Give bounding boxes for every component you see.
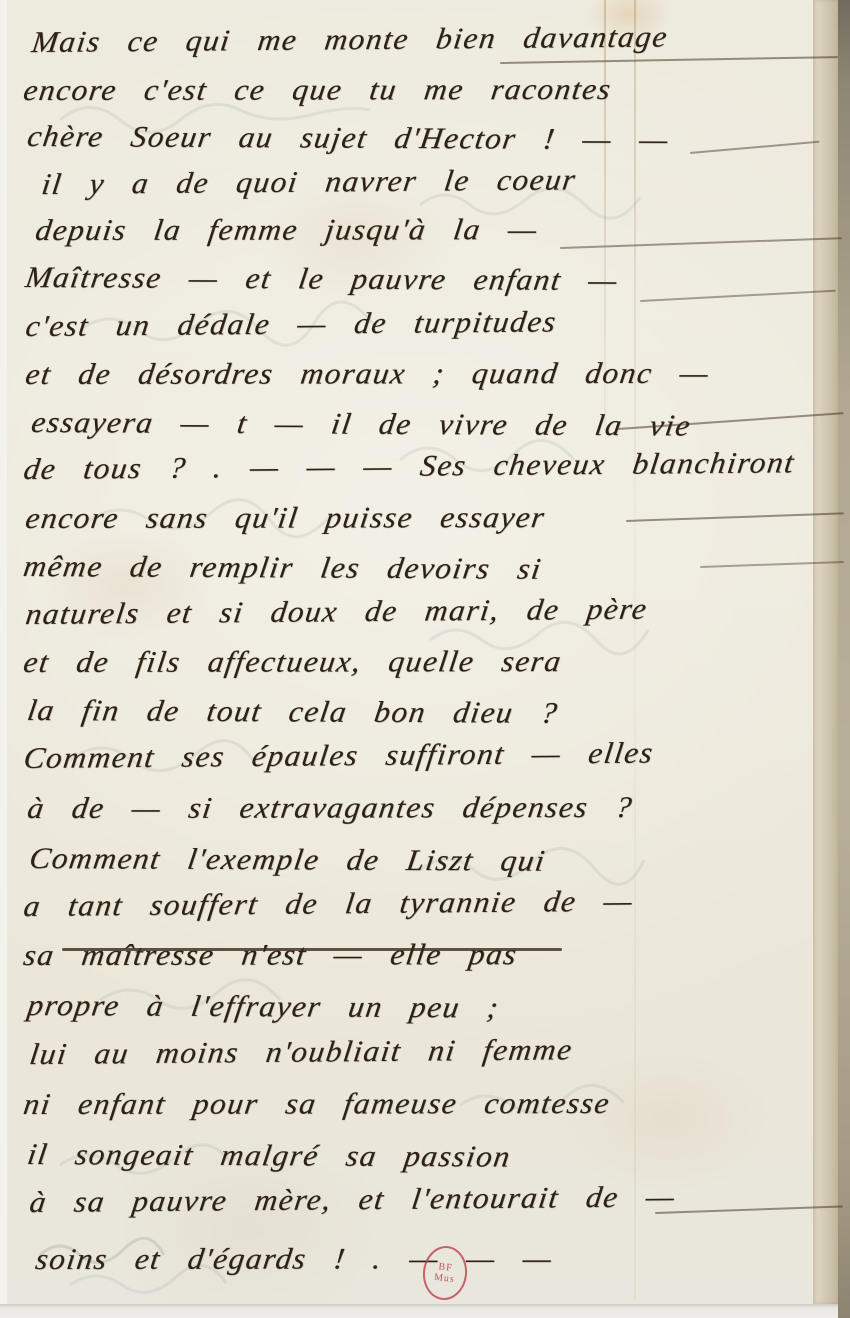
stamp-text-bottom: Mus — [434, 1272, 456, 1285]
manuscript-line: même de remplir les devoirs si — [21, 550, 544, 587]
manuscript-line: il songeait malgré sa passion — [25, 1138, 513, 1175]
manuscript-line: depuis la femme jusqu'à la — — [33, 213, 540, 248]
manuscript-line: lui au moins n'oubliait ni femme — [28, 1033, 575, 1072]
manuscript-line: encore sans qu'il puisse essayer — [23, 501, 547, 536]
ink-flourish-stroke — [62, 948, 562, 951]
manuscript-line: chère Soeur au sujet d'Hector ! — — — [25, 120, 671, 157]
manuscript-line: propre à l'effrayer un peu ; — [25, 989, 502, 1025]
handwritten-text-block: Mais ce qui me monte bien davantageencor… — [0, 0, 850, 1318]
manuscript-line: soins et d'égards ! . — — — — [33, 1242, 554, 1277]
manuscript-line: essayera — t — il de vivre de la vie — [29, 406, 693, 443]
manuscript-line: sa maîtresse n'est — elle pas — [21, 938, 519, 973]
manuscript-line: et de fils affectueux, quelle sera — [21, 645, 564, 680]
manuscript-line: Mais ce qui me monte bien davantage — [30, 20, 671, 60]
scanned-letter-page: Mais ce qui me monte bien davantageencor… — [0, 0, 850, 1318]
manuscript-line: de tous ? . — — — Ses cheveux blanchiron… — [22, 446, 797, 487]
manuscript-line: encore c'est ce que tu me racontes — [21, 73, 613, 108]
manuscript-line: il y a de quoi navrer le coeur — [40, 163, 579, 202]
manuscript-line: naturels et si doux de mari, de père — [24, 593, 650, 632]
manuscript-line: Comment l'exemple de Liszt qui — [27, 842, 548, 879]
manuscript-line: a tant souffert de la tyrannie de — — [22, 885, 636, 924]
manuscript-line: Maîtresse — et le pauvre enfant — — [23, 261, 620, 298]
manuscript-line: Comment ses épaules suffiront — elles — [22, 737, 656, 777]
manuscript-line: à sa pauvre mère, et l'entourait de — — [28, 1180, 678, 1220]
manuscript-line: la fin de tout cela bon dieu ? — [25, 694, 560, 731]
manuscript-line: c'est un dédale — de turpitudes — [24, 305, 559, 344]
manuscript-line: à de — si extravagantes dépenses ? — [25, 791, 635, 826]
manuscript-line: ni enfant pour sa fameuse comtesse — [21, 1087, 612, 1122]
manuscript-line: et de désordres moraux ; quand donc — — [23, 357, 711, 392]
